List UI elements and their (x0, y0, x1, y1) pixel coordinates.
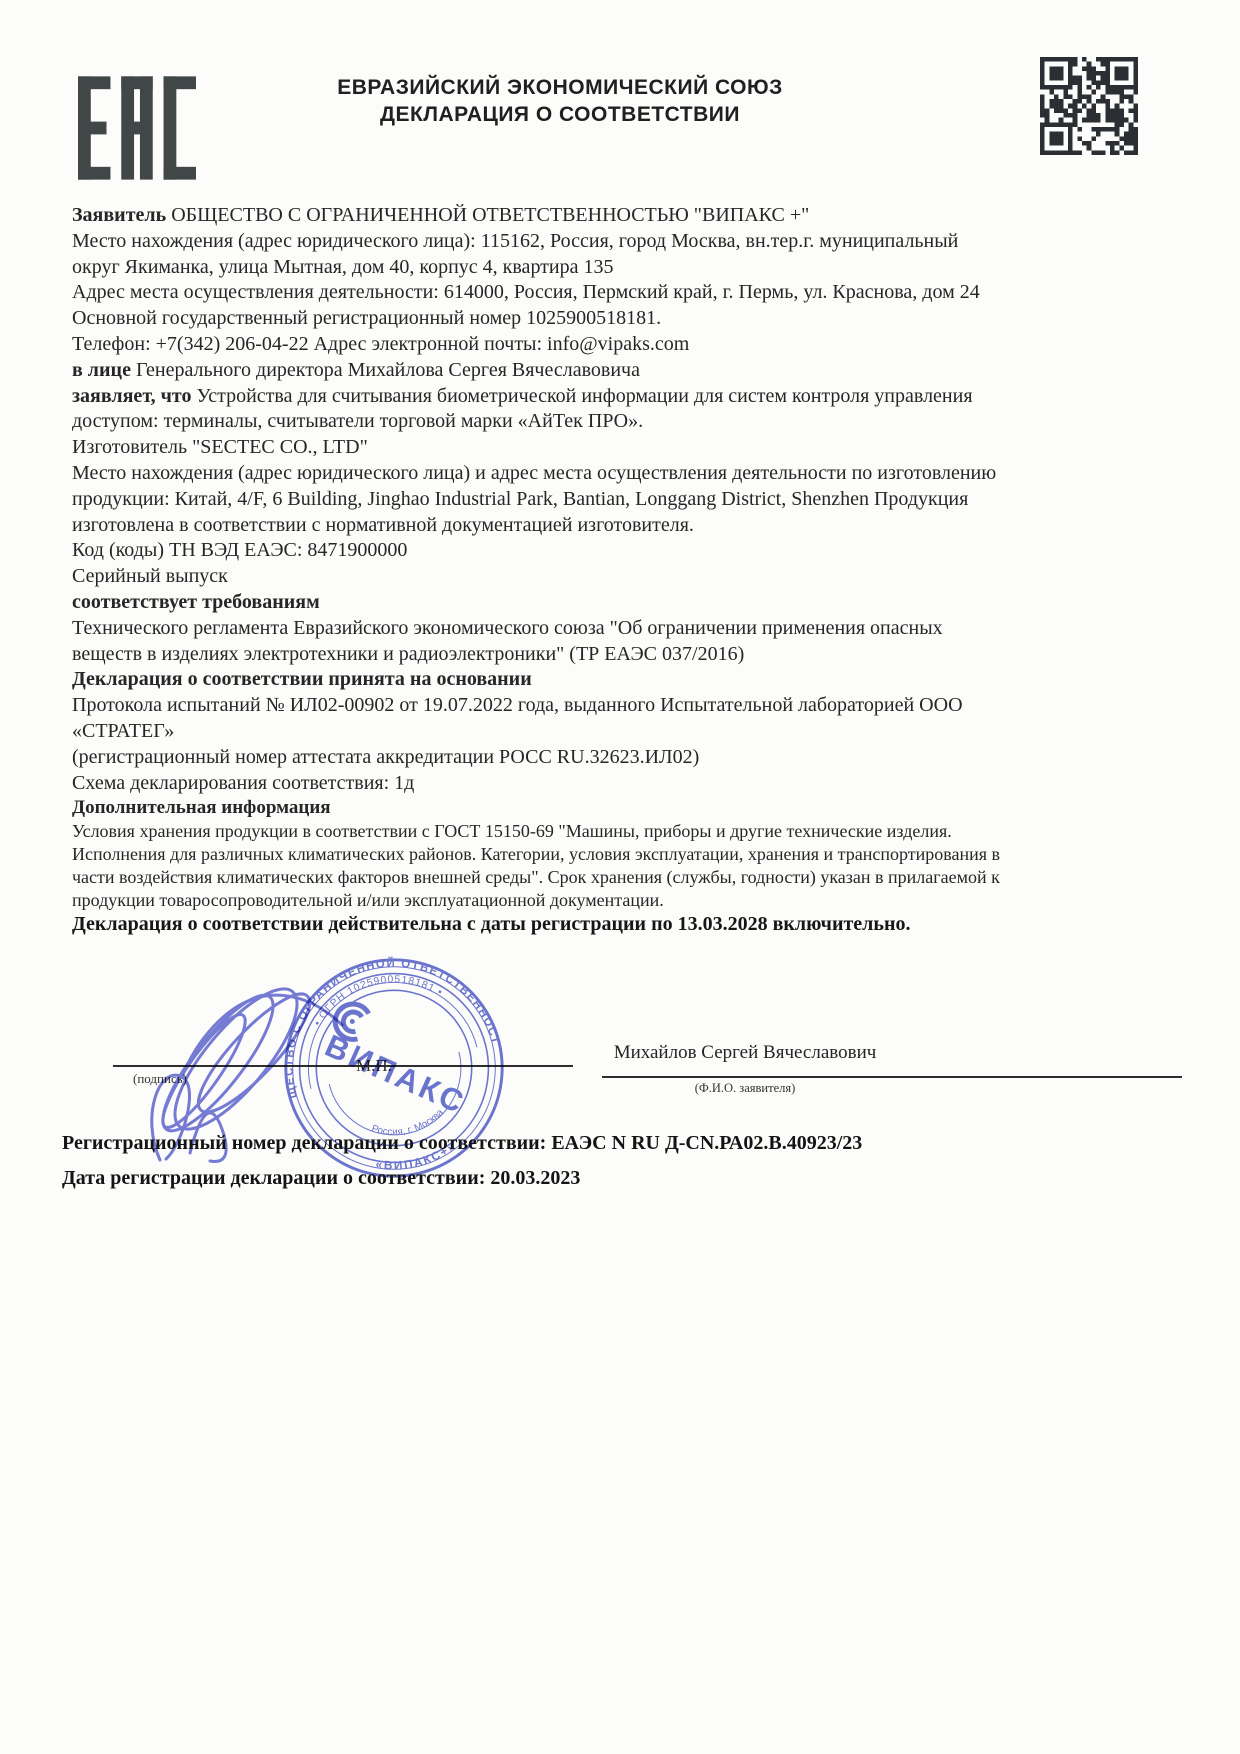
basis-heading: Декларация о соответствии принята на осн… (72, 667, 1202, 693)
applicant-fio: Михайлов Сергей Вячеславович (480, 1042, 1010, 1064)
applicant-paragraph: Заявитель ОБЩЕСТВО С ОГРАНИЧЕННОЙ ОТВЕТС… (72, 203, 1202, 358)
stamp-center-text: ВИПАКС (320, 1028, 471, 1121)
applicant-text: ОБЩЕСТВО С ОГРАНИЧЕННОЙ ОТВЕТСТВЕННОСТЬЮ… (72, 204, 980, 355)
declaration-document: ЕВРАЗИЙСКИЙ ЭКОНОМИЧЕСКИЙ СОЮЗ ДЕКЛАРАЦИ… (0, 0, 1240, 1754)
tnved-line: Код (коды) ТН ВЭД ЕАЭС: 8471900000 (72, 538, 1202, 564)
qr-code (1040, 57, 1138, 155)
declares-text: Устройства для считывания биометрической… (72, 385, 996, 536)
fio-caption: (Ф.И.О. заявителя) (480, 1081, 1010, 1096)
in-person-text: Генерального директора Михайлова Сергея … (131, 359, 640, 381)
declares-label: заявляет, что (72, 385, 191, 407)
additional-text: Условия хранения продукции в соответстви… (72, 820, 1202, 912)
basis-text: Протокола испытаний № ИЛ02-00902 от 19.0… (72, 693, 1202, 796)
registration-block: Регистрационный номер декларации о соотв… (62, 1130, 862, 1191)
fio-line (602, 1076, 1182, 1078)
registration-date-line: Дата регистрации декларации о соответств… (62, 1165, 862, 1191)
declares-paragraph: заявляет, что Устройства для считывания … (72, 384, 1202, 539)
in-person-paragraph: в лице Генерального директора Михайлова … (72, 358, 1202, 384)
in-person-label: в лице (72, 359, 131, 381)
compliance-heading: соответствует требованиям (72, 590, 1202, 616)
validity-line: Декларация о соответствии действительна … (72, 912, 1202, 938)
body-column: Заявитель ОБЩЕСТВО С ОГРАНИЧЕННОЙ ОТВЕТС… (72, 203, 1202, 938)
compliance-text: Технического регламента Евразийского эко… (72, 616, 1202, 668)
title-line-2: ДЕКЛАРАЦИЯ О СООТВЕТСТВИИ (255, 101, 865, 128)
registration-number-line: Регистрационный номер декларации о соотв… (62, 1130, 862, 1156)
title-line-1: ЕВРАЗИЙСКИЙ ЭКОНОМИЧЕСКИЙ СОЮЗ (255, 74, 865, 101)
applicant-label: Заявитель (72, 204, 166, 226)
serial-line: Серийный выпуск (72, 564, 1202, 590)
document-title: ЕВРАЗИЙСКИЙ ЭКОНОМИЧЕСКИЙ СОЮЗ ДЕКЛАРАЦИ… (255, 74, 865, 128)
eac-logo (78, 75, 196, 181)
additional-heading: Дополнительная информация (72, 796, 1202, 820)
